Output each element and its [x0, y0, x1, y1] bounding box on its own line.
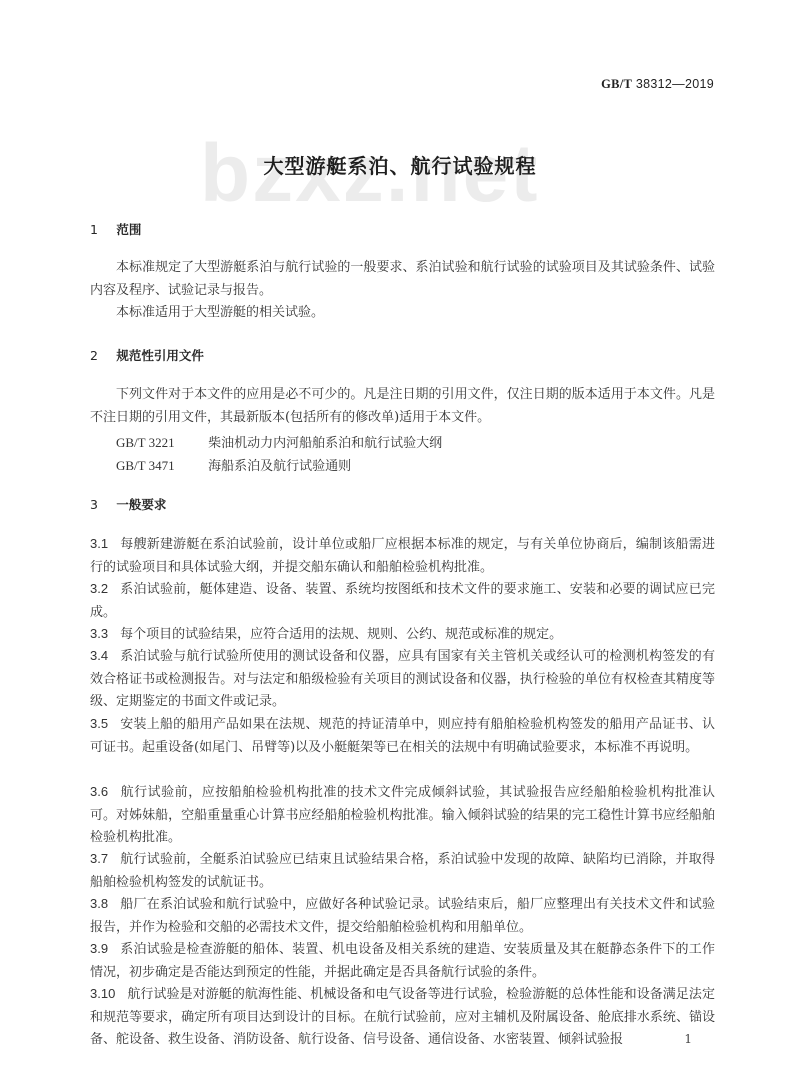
clause-3-9: 3.9系泊试验是检查游艇的船体、装置、机电设备及相关系统的建造、安装质量及其在艇…	[90, 938, 715, 984]
section-1-heading: 1 范围	[90, 220, 141, 238]
clause-3-4: 3.4系泊试验与航行试验所使用的测试设备和仪器，应具有国家有关主管机关或经认可的…	[90, 645, 715, 714]
section-title: 规范性引用文件	[116, 348, 204, 363]
clause-3-5: 3.5安装上船的船用产品如果在法规、规范的持证清单中，则应持有船舶检验机构签发的…	[90, 713, 715, 759]
clause-number: 3.1	[90, 536, 108, 551]
section-title: 一般要求	[116, 497, 166, 512]
clause-number: 3.4	[90, 648, 108, 663]
clause-text: 航行试验前，应按船舶检验机构批准的技术文件完成倾斜试验，其试验报告应经船舶检验机…	[90, 785, 715, 845]
clause-3-2: 3.2系泊试验前，艇体建造、设备、装置、系统均按图纸和技术文件的要求施工、安装和…	[90, 578, 715, 624]
clause-number: 3.9	[90, 941, 108, 956]
section-2-heading: 2 规范性引用文件	[90, 346, 204, 364]
document-title: 大型游艇系泊、航行试验规程	[0, 150, 800, 179]
section-number: 2	[90, 348, 112, 363]
reference-item: GB/T 3221 柴油机动力内河船舶系泊和航行试验大纲	[116, 432, 442, 451]
clause-number: 3.2	[90, 581, 108, 596]
section-title: 范围	[116, 222, 141, 237]
reference-code: GB/T 3471	[116, 458, 204, 474]
clause-text: 每个项目的试验结果，应符合适用的法规、规则、公约、规范或标准的规定。	[120, 627, 562, 642]
clause-text: 船厂在系泊试验和航行试验中，应做好各种试验记录。试验结束后，船厂应整理出有关技术…	[90, 897, 715, 935]
clause-3-6: 3.6航行试验前，应按船舶检验机构批准的技术文件完成倾斜试验，其试验报告应经船舶…	[90, 781, 715, 850]
clause-text: 系泊试验与航行试验所使用的测试设备和仪器，应具有国家有关主管机关或经认可的检测机…	[90, 649, 715, 709]
clause-number: 3.10	[90, 986, 115, 1001]
standard-number: GB/T 38312—2019	[601, 77, 714, 92]
section-number: 3	[90, 497, 112, 512]
reference-code: GB/T 3221	[116, 435, 204, 451]
clause-3-7: 3.7航行试验前，全艇系泊试验应已结束且试验结果合格，系泊试验中发现的故障、缺陷…	[90, 848, 715, 894]
reference-title: 海船系泊及航行试验通则	[208, 459, 351, 474]
reference-title: 柴油机动力内河船舶系泊和航行试验大纲	[208, 436, 442, 451]
clause-text: 系泊试验是检查游艇的船体、装置、机电设备及相关系统的建造、安装质量及其在艇静态条…	[90, 942, 715, 980]
reference-item: GB/T 3471 海船系泊及航行试验通则	[116, 455, 351, 474]
clause-number: 3.3	[90, 626, 108, 641]
clause-text: 航行试验前，全艇系泊试验应已结束且试验结果合格，系泊试验中发现的故障、缺陷均已消…	[90, 852, 715, 890]
paragraph: 下列文件对于本文件的应用是必不可少的。凡是注日期的引用文件，仅注日期的版本适用于…	[90, 384, 715, 429]
section-number: 1	[90, 222, 112, 237]
clause-text: 系泊试验前，艇体建造、设备、装置、系统均按图纸和技术文件的要求施工、安装和必要的…	[90, 582, 715, 620]
clause-text: 安装上船的船用产品如果在法规、规范的持证清单中，则应持有船舶检验机构签发的船用产…	[90, 717, 715, 755]
paragraph: 本标准适用于大型游艇的相关试验。	[90, 302, 715, 325]
page-number: 1	[684, 1032, 692, 1046]
clause-text: 航行试验是对游艇的航海性能、机械设备和电气设备等进行试验，检验游艇的总体性能和设…	[90, 987, 715, 1047]
clause-3-10: 3.10航行试验是对游艇的航海性能、机械设备和电气设备等进行试验，检验游艇的总体…	[90, 983, 715, 1052]
clause-text: 每艘新建游艇在系泊试验前，设计单位或船厂应根据本标准的规定，与有关单位协商后，编…	[90, 537, 715, 575]
clause-number: 3.5	[90, 716, 108, 731]
clause-number: 3.6	[90, 784, 108, 799]
standard-prefix: GB/T	[601, 77, 632, 91]
clause-3-3: 3.3每个项目的试验结果，应符合适用的法规、规则、公约、规范或标准的规定。	[90, 623, 715, 647]
section-3-heading: 3 一般要求	[90, 495, 166, 513]
clause-number: 3.8	[90, 896, 108, 911]
paragraph: 本标准规定了大型游艇系泊与航行试验的一般要求、系泊试验和航行试验的试验项目及其试…	[90, 257, 715, 302]
clause-3-1: 3.1每艘新建游艇在系泊试验前，设计单位或船厂应根据本标准的规定，与有关单位协商…	[90, 533, 715, 579]
clause-3-8: 3.8船厂在系泊试验和航行试验中，应做好各种试验记录。试验结束后，船厂应整理出有…	[90, 893, 715, 939]
clause-number: 3.7	[90, 851, 108, 866]
standard-code: 38312—2019	[636, 77, 714, 91]
